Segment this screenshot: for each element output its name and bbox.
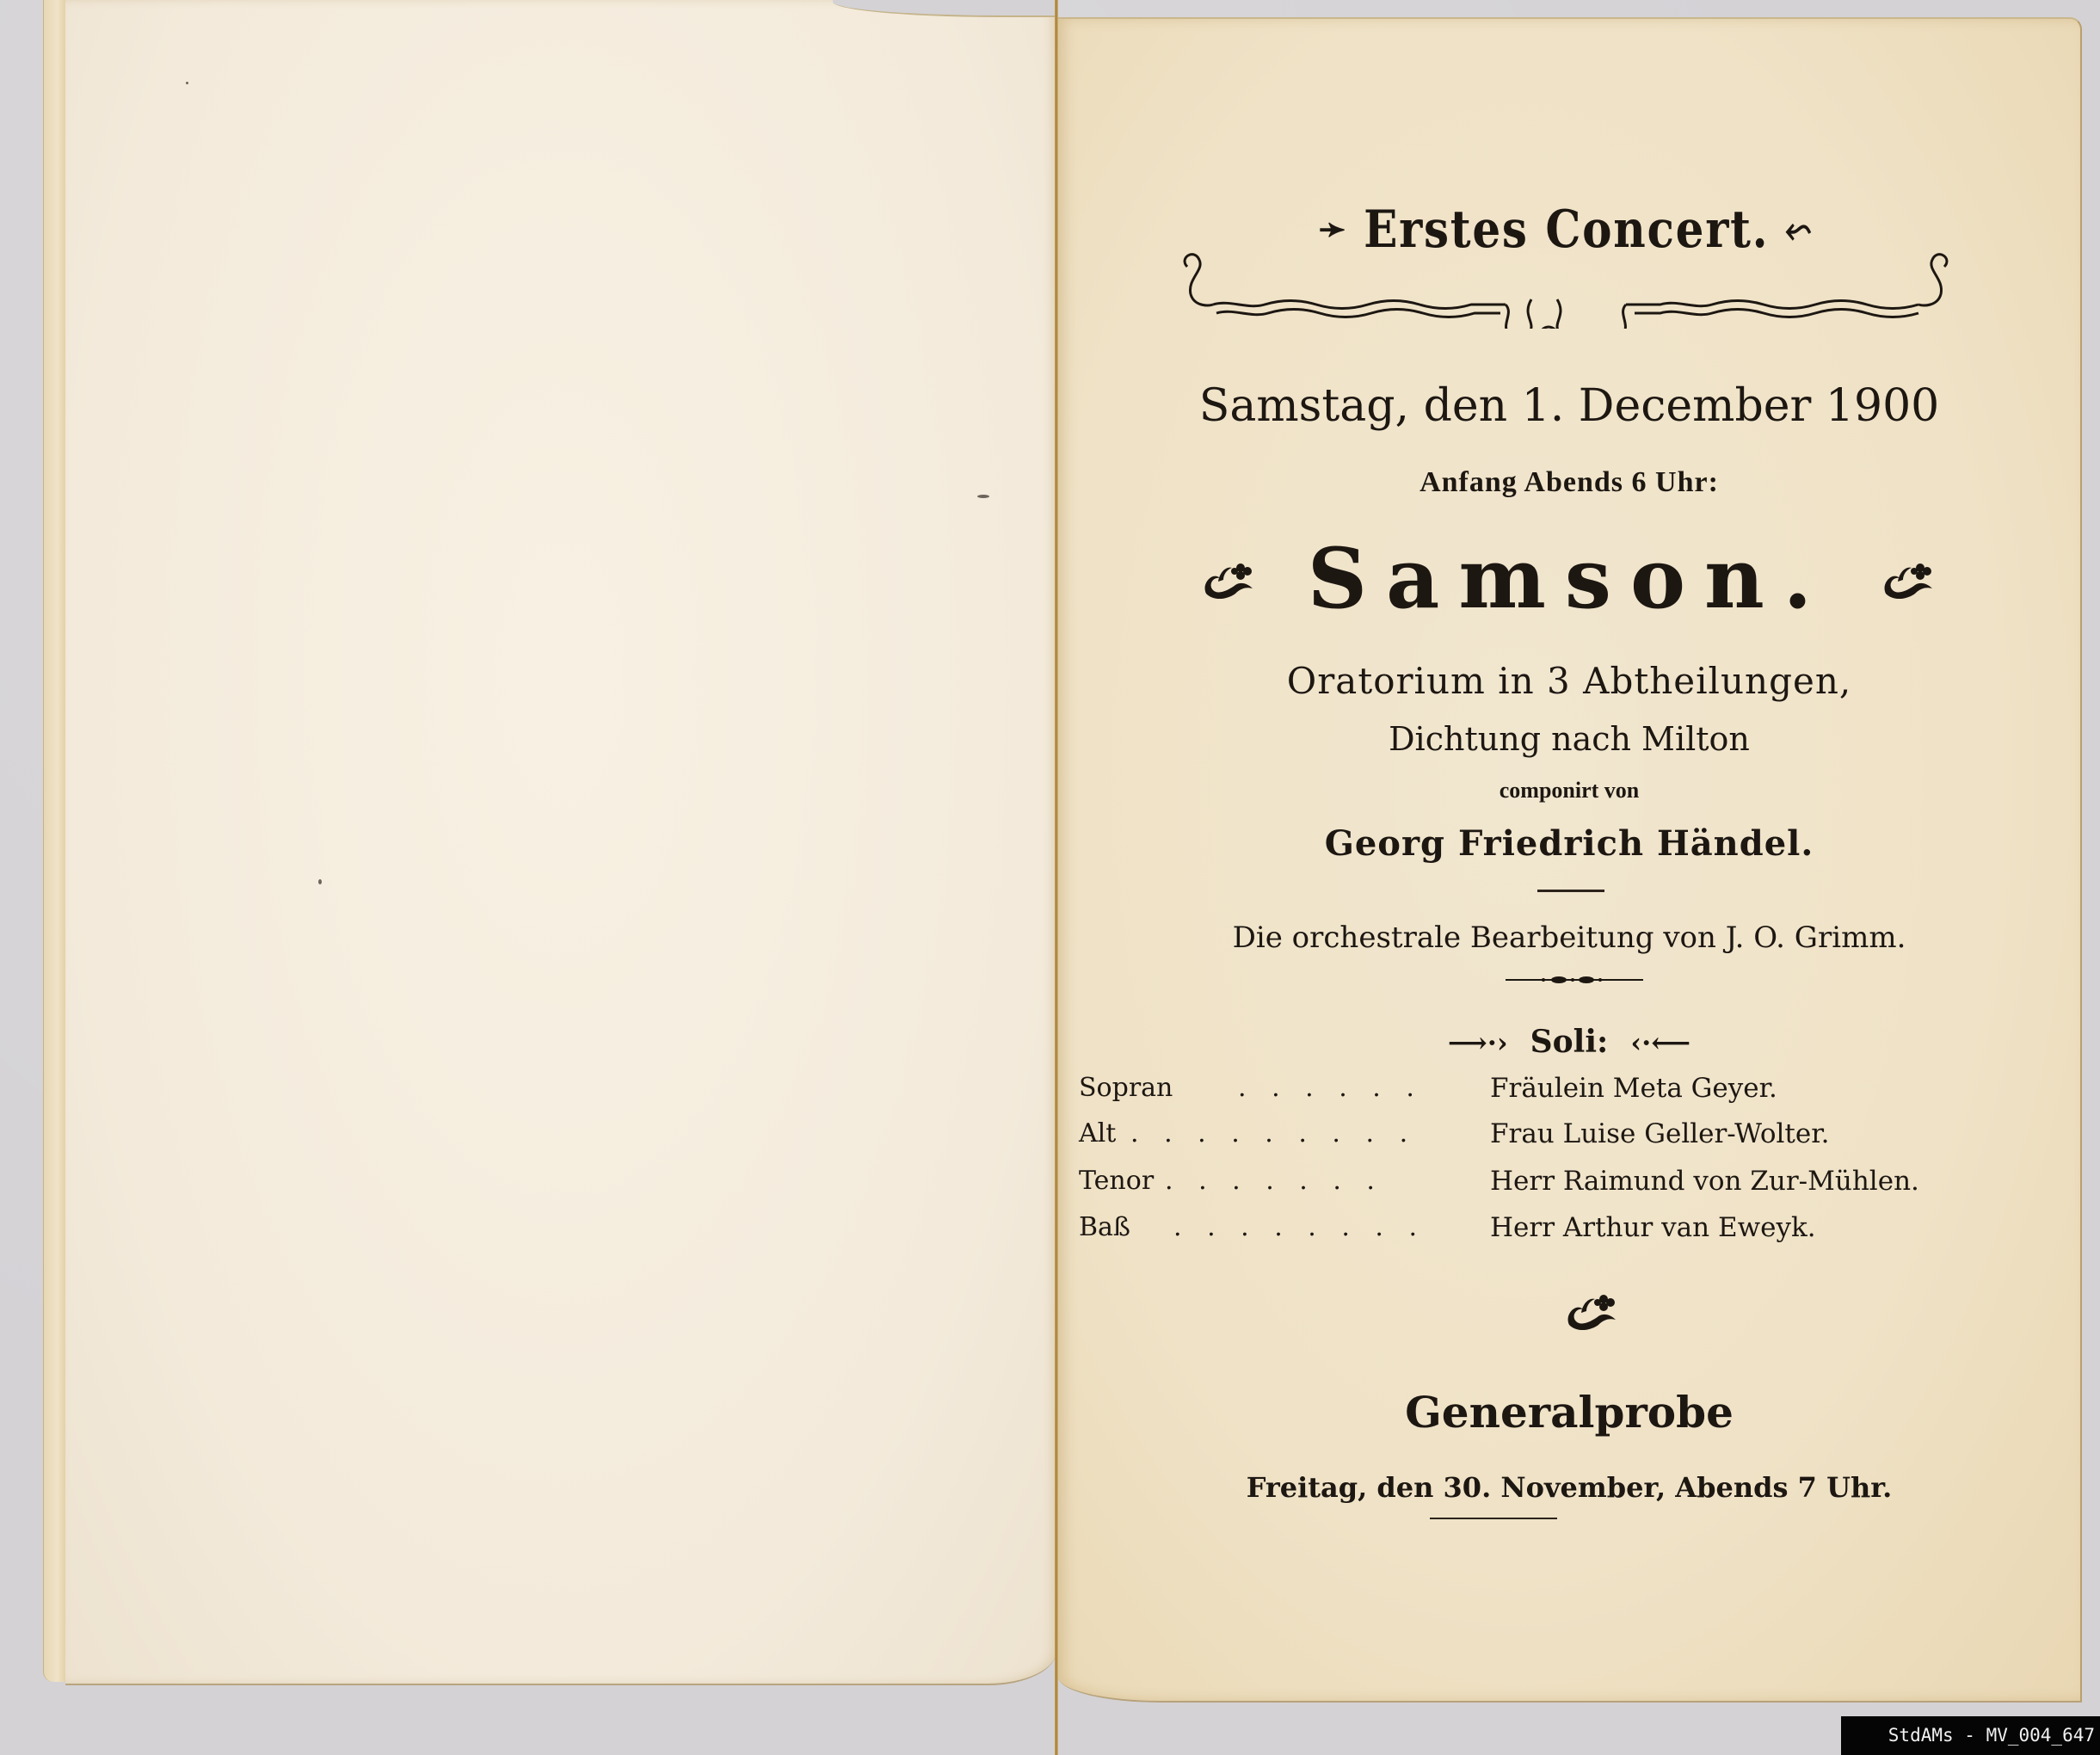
rehearsal-heading: Generalprobe	[1058, 1387, 2080, 1438]
soli-heading: ⟶·›Soli:‹·⟵	[1058, 1024, 2080, 1060]
concert-date: Samstag, den 1. December 1900	[1058, 380, 2080, 432]
left-page-top-curl	[833, 0, 1056, 17]
leader-dots: . . . . . . . . .	[1130, 1118, 1509, 1148]
paper-speck	[977, 495, 989, 498]
leader-dots: . . . . . . .	[1165, 1166, 1543, 1196]
singer-name: Herr Arthur van Eweyk.	[1490, 1212, 1816, 1243]
singer-name: Herr Raimund von Zur-Mühlen.	[1490, 1166, 1919, 1197]
start-time: Anfang Abends 6 Uhr:	[1058, 466, 2080, 499]
work-title: Samson.	[1058, 530, 2080, 627]
archive-signature-label: StdAMs - MV_004_647	[1841, 1716, 2100, 1755]
libretto-credit: Dichtung nach Milton	[1058, 720, 2080, 758]
rehearsal-date: Freitag, den 30. November, Abends 7 Uhr.	[1058, 1471, 2080, 1504]
divider-rule	[1430, 1518, 1557, 1519]
voice-part: Tenor	[1079, 1166, 1154, 1196]
left-page	[65, 0, 1056, 1685]
soli-row-alt: Alt . . . . . . . . . Frau Luise Geller-…	[1079, 1118, 2068, 1161]
soli-row-bass: Baß . . . . . . . . Herr Arthur van Ewey…	[1079, 1212, 2068, 1255]
work-title-text: Samson.	[1308, 530, 1831, 627]
arrow-left-ornament-icon: ‹·⟵	[1630, 1026, 1690, 1059]
singer-name: Frau Luise Geller-Wolter.	[1490, 1118, 1830, 1149]
voice-part: Baß	[1079, 1212, 1130, 1242]
orchestration-credit: Die orchestrale Bearbeitung von J. O. Gr…	[1058, 921, 2080, 955]
composed-by-label: componirt von	[1058, 778, 2080, 804]
scroll-ornament-icon	[1170, 243, 1961, 329]
right-page: ➛Erstes Concert.⬿ Samstag, den	[1058, 17, 2082, 1703]
flower-flourish-icon	[1882, 559, 1936, 599]
soli-heading-text: Soli:	[1530, 1024, 1609, 1060]
dotted-divider-ornament-icon	[1506, 974, 1643, 986]
arrow-right-ornament-icon: ⟶·›	[1448, 1026, 1508, 1059]
singer-name: Fräulein Meta Geyer.	[1490, 1073, 1777, 1104]
paper-speck	[318, 879, 322, 884]
paper-speck	[186, 82, 188, 84]
title-block: ➛Erstes Concert.⬿	[1170, 191, 1961, 320]
divider-rule	[1537, 890, 1604, 892]
flower-flourish-icon	[1203, 559, 1256, 599]
voice-part: Sopran	[1079, 1073, 1173, 1103]
left-page-edge	[43, 0, 67, 1682]
soli-row-tenor: Tenor . . . . . . . Herr Raimund von Zur…	[1079, 1166, 2068, 1209]
programme-content: ➛Erstes Concert.⬿ Samstag, den	[1058, 19, 2080, 1701]
composer-name: Georg Friedrich Händel.	[1058, 823, 2080, 864]
soli-row-sopran: Sopran . . . . . . Fräulein Meta Geyer.	[1079, 1073, 2068, 1116]
voice-part: Alt	[1079, 1118, 1116, 1148]
flower-flourish-icon	[1566, 1290, 1619, 1330]
work-subtitle: Oratorium in 3 Abtheilungen,	[1058, 660, 2080, 702]
